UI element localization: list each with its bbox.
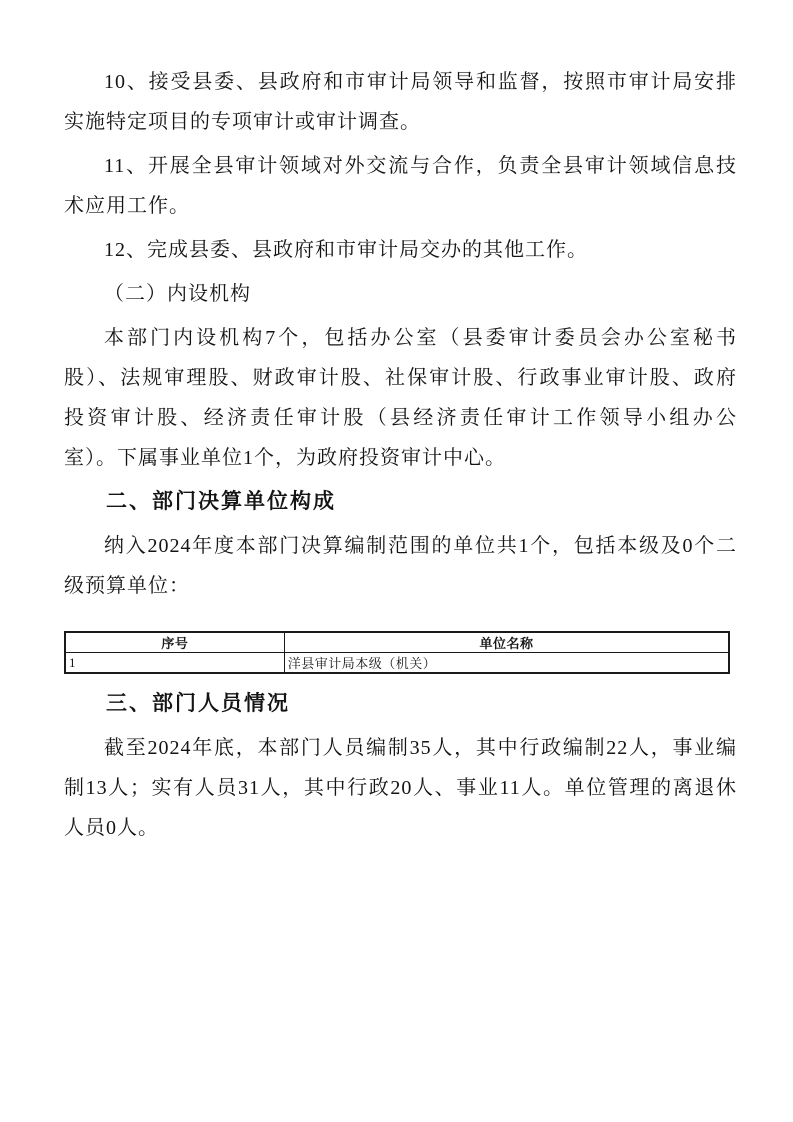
paragraph-internal-organs: 本部门内设机构7个，包括办公室（县委审计委员会办公室秘书股）、法规审理股、财政审…: [64, 318, 737, 478]
text-line: 本部门内设机构7个，包括办公室（县委审计委员会办公室秘书: [64, 318, 737, 358]
paragraph-personnel: 截至2024年底，本部门人员编制35人，其中行政编制22人，事业编制13人；实有…: [64, 728, 737, 848]
unit-table-container: 序号 单位名称 1 洋县审计局本级（机关）: [64, 631, 737, 674]
text-line: 12、完成县委、县政府和市审计局交办的其他工作。: [64, 230, 737, 270]
text-line: 纳入2024年度本部门决算编制范围的单位共1个，包括本级及0个二: [64, 526, 737, 566]
paragraph-item-12: 12、完成县委、县政府和市审计局交办的其他工作。: [64, 230, 737, 270]
cell-sequence: 1: [65, 653, 284, 674]
paragraph-unit-scope: 纳入2024年度本部门决算编制范围的单位共1个，包括本级及0个二级预算单位：: [64, 526, 737, 606]
text-line: 制13人；实有人员31人，其中行政20人、事业11人。单位管理的离退休: [64, 768, 737, 808]
text-line: 术应用工作。: [64, 186, 737, 226]
section-heading-2: 二、部门决算单位构成: [64, 482, 737, 522]
unit-table: 序号 单位名称 1 洋县审计局本级（机关）: [64, 631, 730, 674]
paragraph-item-10: 10、接受县委、县政府和市审计局领导和监督，按照市审计局安排实施特定项目的专项审…: [64, 62, 737, 142]
text-line: 截至2024年底，本部门人员编制35人，其中行政编制22人，事业编: [64, 728, 737, 768]
section-heading-3: 三、部门人员情况: [64, 684, 737, 724]
paragraph-item-11: 11、开展全县审计领域对外交流与合作，负责全县审计领域信息技术应用工作。: [64, 146, 737, 226]
cell-unit-name: 洋县审计局本级（机关）: [284, 653, 729, 674]
document-page: 10、接受县委、县政府和市审计局领导和监督，按照市审计局安排实施特定项目的专项审…: [0, 0, 793, 1122]
column-header-unit-name: 单位名称: [284, 632, 729, 653]
text-line: （二）内设机构: [64, 274, 737, 314]
table-row: 1 洋县审计局本级（机关）: [65, 653, 729, 674]
unit-table-header-row: 序号 单位名称: [65, 632, 729, 653]
text-line: 人员0人。: [64, 808, 737, 848]
sub-heading-internal-organs: （二）内设机构: [64, 274, 737, 314]
text-line: 11、开展全县审计领域对外交流与合作，负责全县审计领域信息技: [64, 146, 737, 186]
text-line: 室）。下属事业单位1个，为政府投资审计中心。: [64, 438, 737, 478]
text-line: 股）、法规审理股、财政审计股、社保审计股、行政事业审计股、政府: [64, 358, 737, 398]
text-line: 10、接受县委、县政府和市审计局领导和监督，按照市审计局安排: [64, 62, 737, 102]
text-line: 投资审计股、经济责任审计股（县经济责任审计工作领导小组办公: [64, 398, 737, 438]
column-header-sequence: 序号: [65, 632, 284, 653]
text-line: 实施特定项目的专项审计或审计调查。: [64, 102, 737, 142]
text-line: 级预算单位：: [64, 566, 737, 606]
